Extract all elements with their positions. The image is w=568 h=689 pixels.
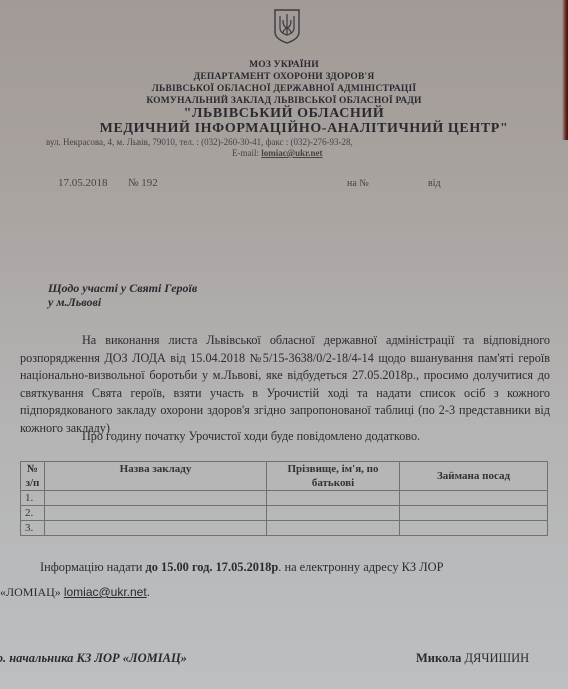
row-number: 2. [21, 506, 45, 521]
info-deadline: до 15.00 год. 17.05.2018р [145, 560, 278, 574]
subject-line-1: Щодо участі у Святі Героїв [48, 281, 197, 296]
header-position: Займана посад [400, 462, 548, 491]
table-header-row: № з/п Назва закладу Прізвище, ім'я, по б… [21, 462, 548, 491]
header-line-ministry: МОЗ УКРАЇНИ [0, 60, 568, 70]
table-row: 3. [21, 521, 548, 536]
cell-institution [45, 506, 267, 521]
subject-line-2: у м.Львові [48, 295, 101, 310]
reference-from-label: від [428, 178, 441, 189]
header-number: № з/п [21, 462, 45, 491]
info-end: . [147, 585, 150, 599]
table-row: 1. [21, 491, 548, 506]
header-line-department: ДЕПАРТАМЕНТ ОХОРОНИ ЗДОРОВ'Я [0, 72, 568, 82]
header-line-administration: ЛЬВІВСЬКОЇ ОБЛАСНОЇ ДЕРЖАВНОЇ АДМІНІСТРА… [0, 84, 568, 94]
registration-number: № 192 [128, 177, 158, 189]
signatory-last-name: ДЯЧИШИН [465, 651, 530, 665]
registration-date: 17.05.2018 [58, 177, 108, 189]
trident-emblem-icon [272, 8, 302, 44]
row-number: 1. [21, 491, 45, 506]
cell-position [400, 491, 548, 506]
signatory-first-name: Микола [416, 651, 465, 665]
cell-full-name [267, 506, 400, 521]
header-email-line: E-mail: lomiac@ukr.net [232, 148, 323, 158]
info-email-link[interactable]: lomiac@ukr.net [64, 585, 147, 599]
cell-position [400, 521, 548, 536]
cell-full-name [267, 491, 400, 506]
signatory-position: в.о. начальника КЗ ЛОР «ЛОМІАЦ» [0, 651, 187, 666]
table-row: 2. [21, 506, 548, 521]
cell-full-name [267, 521, 400, 536]
header-address: вул. Некрасова, 4, м. Львів, 79010, тел.… [46, 137, 353, 147]
header-line-org-name-1: "ЛЬВІВСЬКИЙ ОБЛАСНИЙ [0, 106, 568, 122]
info-deadline-line: Інформацію надати до 15.00 год. 17.05.20… [40, 560, 565, 575]
participants-table: № з/п Назва закладу Прізвище, ім'я, по б… [20, 461, 548, 536]
reference-number-label: на № [347, 178, 369, 189]
header-line-institution: КОМУНАЛЬНИЙ ЗАКЛАД ЛЬВІВСЬКОЇ ОБЛАСНОЇ Р… [0, 96, 568, 106]
info-email-line: «ЛОМІАЦ» lomiac@ukr.net. [0, 585, 150, 600]
cell-institution [45, 521, 267, 536]
cell-position [400, 506, 548, 521]
cell-institution [45, 491, 267, 506]
row-number: 3. [21, 521, 45, 536]
info-prefix: Інформацію надати [40, 560, 145, 574]
signatory-name: Микола ДЯЧИШИН [416, 651, 529, 666]
info-org: «ЛОМІАЦ» [0, 585, 64, 599]
body-paragraph-2: Про годину початку Урочистої ходи буде п… [20, 428, 550, 446]
info-suffix: . на електронну адресу КЗ ЛОР [278, 560, 443, 574]
email-label: E-mail: [232, 148, 259, 158]
header-line-org-name-2: МЕДИЧНИЙ ІНФОРМАЦІЙНО-АНАЛІТИЧНИЙ ЦЕНТР" [20, 121, 568, 137]
body-paragraph-1: На виконання листа Львівської обласної д… [20, 332, 550, 437]
header-institution: Назва закладу [45, 462, 267, 491]
header-email-link[interactable]: lomiac@ukr.net [261, 148, 322, 158]
header-full-name: Прізвище, ім'я, по батькові [267, 462, 400, 491]
